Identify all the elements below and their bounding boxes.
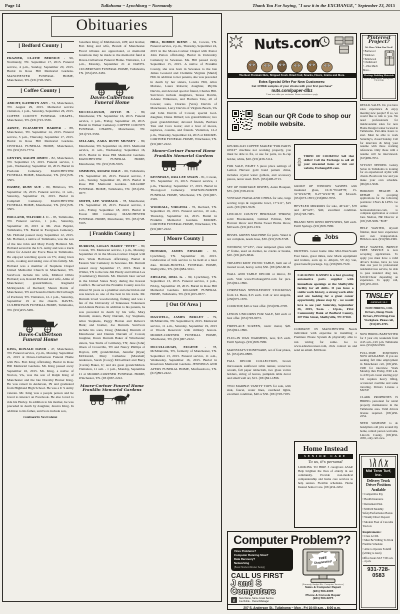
nuts-com-ad: Nuts.com <box>227 33 357 99</box>
list-item: Class A CDL <box>363 535 395 539</box>
grass-icon <box>368 458 390 467</box>
classified-item: KEURIG K45 COFFEE MAKER "FOR PARTS ONLY"… <box>227 144 291 161</box>
classified-item: COMPANY IN MANCHESTER Needs individual w… <box>294 327 357 352</box>
obituary-entry: MCCULLOUGH, JOYCE H. - 80, Manchester, T… <box>79 110 146 137</box>
masthead-cities: Tullahoma ~ Lynchburg ~ Normandy <box>101 3 173 8</box>
starburst-icon <box>229 35 243 49</box>
obituary-entry: ARNET, ELIZABETH HARPER - 88, Manchester… <box>7 126 74 153</box>
list-item: Health Insurance <box>363 498 395 502</box>
obituary-entry: ZIEGLER, OPAL G. - 99, Lynchburg, TN. Se… <box>150 275 217 297</box>
shipping-crates-icon <box>334 36 354 54</box>
jobs-label: Jobs <box>324 235 338 243</box>
home-instead-tagline: To us, it's personal <box>298 460 353 464</box>
nuts-offer-detail: Get 4 FREE samples of your choice with y… <box>228 84 356 88</box>
pinterest-ad-store: Heritage Building Materials <box>363 74 395 78</box>
classified-item: PLUG-IN WAX WARMERS, new, $15 each. Esti… <box>227 336 291 344</box>
home-instead-ad: Home Instead SENIOR CARE To us, it's per… <box>294 441 357 528</box>
obituary-entry: MCCULLOUGH, EUGENE - 78, McMinnville, TN… <box>150 345 217 376</box>
list-item: $500.00 Monthly Safety/Performance Bonus <box>363 508 395 516</box>
cook-cartoon-icon <box>297 147 302 177</box>
nuts-url: nuts.com/paper-dlbz <box>228 88 356 93</box>
classifieds-c-bottom: NOW HIRING BABYSITTER for 3 year old, we… <box>360 333 398 441</box>
mid-tenn-turf-requirements: Class A CDLMust Be Willing To Work Flexi… <box>363 535 395 556</box>
obituary-entry: HAMBY, RUBY SUE - 80, Hillsboro, TN. Sep… <box>7 185 74 212</box>
computer-ad-title: Computer Problem?? <box>228 534 356 546</box>
obituary-entry: KING, RONALD DAVID - 47, Manchester, TN.… <box>7 347 74 413</box>
computer-repair-ad: Computer Problem?? Virus Problems?Comput… <box>227 531 357 610</box>
facebook-icon: f <box>231 597 237 603</box>
tinsley-logo: TINSLEY <box>362 293 396 300</box>
classifieds-column-b: TIRED OF COOKING! Sell that skillet! Cal… <box>294 144 357 438</box>
tinsley-asphalt-ad: TINSLEY ASPHALT, LLC NOW HIRING, CDL Dri… <box>360 290 398 329</box>
masthead-slogan: Thank You For Saying, "I saw it in the E… <box>253 3 395 8</box>
classifieds-b-after: COMPANY IN MANCHESTER Needs individual w… <box>294 327 357 352</box>
county-section-header: [ Moore County ] <box>150 234 217 246</box>
briefcase-icon <box>312 235 321 242</box>
mid-tenn-turf-phone: 931-728-0583 <box>363 565 395 580</box>
list-item: Retirement Plan <box>363 503 395 507</box>
list-item: Able to Operate Forklift (willing to lea… <box>363 548 395 556</box>
classified-item: NOW HIRING BABYSITTER for 3 year old, we… <box>360 333 398 348</box>
computer-ad-service2: Phone & Console Repair(931) 563-0275 <box>293 594 353 602</box>
classified-item: CHRISTMAS NEEDLEPOINT STOCKINGS from LL … <box>227 288 291 301</box>
newspaper-page: Page 14 Tullahoma ~ Lynchburg ~ Normandy… <box>0 0 400 614</box>
masthead: Page 14 Tullahoma ~ Lynchburg ~ Normandy… <box>0 0 400 11</box>
list-item: Must Be Willing To Work Flexible Schedul… <box>363 539 395 547</box>
funeral-home-name: Franklin Memorial Gardens <box>150 154 217 158</box>
obituary-entry: SELLARS, ZADA RUTH MUNSEY - 80, Manchest… <box>79 139 146 166</box>
classifieds-b-jobs: DRIVERS. Great home time Mid-West/South … <box>294 249 357 266</box>
classified-item: HELP WANTED, drywall finisher, must have… <box>360 227 398 242</box>
classified-item: BISSEL GREEN MACHINE for parts. Wand is … <box>227 233 291 241</box>
obituary-entry: HILL, BOBBIE IRENE - 62, Cowan, TN. Fune… <box>150 40 217 146</box>
home-instead-senior-care-bar: SENIOR CARE <box>298 454 353 459</box>
classified-item: SET OF NORITAKE DISHES, Asian Bouquet, $… <box>227 185 291 193</box>
mid-tenn-turf-ad: Mid Tenn Turf, Inc. Delivery Truck Drive… <box>359 454 398 610</box>
classified-item: WINDOW, 57"x35", clear tempered glass wi… <box>227 245 291 258</box>
pinterest-project-ad: Pinterest Project? We Have What You Need… <box>360 33 398 101</box>
classified-item: VINTAGE HAVALAND CHINA for sale, large s… <box>227 196 291 209</box>
mid-tenn-turf-requirements-heading: Requirements: <box>363 530 395 534</box>
classified-item: LINCOLN COUNTY HERITAGE THROW, solid Bic… <box>227 212 291 229</box>
tinsley-body: NOW HIRING, CDL Drivers, Dump Truck Driv… <box>362 306 396 326</box>
funeral-home-logo-daves: Daves-CulbertsonFuneral Home <box>7 316 74 343</box>
list-item: Weekly Direct Deposit <box>363 516 395 520</box>
funeral-home-logo-moore: Moore-Cortner Funeral HomeFranklin Memor… <box>79 384 146 406</box>
obituaries-section: Obituaries [ Bedford County ]FRAZIER, CL… <box>2 13 222 602</box>
list-item: Competitive Pay <box>363 493 395 497</box>
horse-drawn-hearse-icon <box>87 392 137 405</box>
mid-tenn-turf-benefits: Competitive PayHealth InsuranceRetiremen… <box>363 493 395 528</box>
jobs-section-divider: Jobs <box>294 232 357 246</box>
nuts-tagline-bar: The Best Premium Nuts, Shipped Fresh. Dr… <box>228 73 356 78</box>
funeral-home-logo-daves: Daves-CulbertsonFuneral Home <box>79 79 146 106</box>
obituary-entry: MAXWELL, JAMES BURLET - 79, McMinnville,… <box>150 315 217 342</box>
tired-of-cooking-ad: TIRED OF COOKING! Sell that skillet! Cal… <box>294 144 357 180</box>
obituaries-column-3: HILL, BOBBIE IRENE - 62, Cowan, TN. Fune… <box>150 40 217 420</box>
classified-item: DRIVERS. Great home time Mid-West/South … <box>294 249 357 266</box>
county-section-header: [ Franklin County ] <box>79 229 146 241</box>
qr-caption: Scan our QR Code to shop our mobile webs… <box>258 113 352 128</box>
classified-item: CLARK PROPERTIES IS HIRING personnel for… <box>360 396 398 419</box>
page-number: Page 14 <box>5 3 20 8</box>
mid-tenn-turf-hours: Office hours M-F 7:00 a.m. - 4 p.m. <box>363 557 395 563</box>
classified-item: BRAND NEW REED DIFFUSERS, $20 each. Esti… <box>294 220 357 228</box>
funeral-home-name: Franklin Memorial Gardens <box>79 388 146 392</box>
computer-company-name: J and S Computers <box>231 580 293 596</box>
obituary-entry: ABICHT, KATHRYN ANN - 74, Manchester, TN… <box>7 101 74 123</box>
window-frames-icon <box>384 50 395 66</box>
computer-ad-address: 207 S. Anderson St., Tullahoma ~ Mon - F… <box>228 604 356 610</box>
classified-item: FIREPLACE SCREEN, rustic metal, $20. (93… <box>227 324 291 332</box>
classified-item: COOKTOP, $40 or best offer. (931)639-270… <box>227 304 291 308</box>
county-section-header: [ Coffee County ] <box>7 86 74 98</box>
county-section-header: [ Bedford County ] <box>7 41 74 53</box>
classified-item: TWO MARBLE VANITY TOPS for sale, with si… <box>227 384 291 397</box>
classified-item: NEED SOMEONE to do handyman odd jobs aro… <box>360 422 398 441</box>
classifieds-c-top: RETAIL SALES. Do you have sales experien… <box>360 104 398 287</box>
pinterest-ad-items: BarnwoodWindowsPalletwoodChalkboard...Pl… <box>363 50 384 73</box>
nut-characters-illustration <box>242 58 342 73</box>
nuts-ad-top: Nuts.com <box>228 34 356 58</box>
home-instead-logo: Home Instead <box>298 445 353 453</box>
computer-ad-sublines: New Name, Same Great ServiceJoe Roble - … <box>239 597 274 603</box>
pinterest-ad-subtitle: We Have What You Need! <box>363 46 395 49</box>
computer-ad-bullets: Virus Problems?Computer Running Slow?Dat… <box>234 550 290 566</box>
hearse-carriage-icon <box>91 79 133 96</box>
classified-item: GROUP OF WINDOW SASHES with insulated gl… <box>294 184 357 201</box>
calsonic-kansei-ad: CALSONIC KANSEI is a fast growing automo… <box>294 270 357 323</box>
classified-item: FALL DECOR COLLECTION, brown microsuede … <box>227 359 291 380</box>
qr-code-box: Scan our QR Code to shop our mobile webs… <box>227 101 357 140</box>
hearse-carriage-icon <box>19 316 61 333</box>
list-item: Modern Fleet of Cascadia Tractors <box>363 521 395 529</box>
obituaries-column-2: Jonathon King of Middletown, OH; and bro… <box>79 40 146 420</box>
obituary-entry: DURRUM, LOGAN HARDY "PETE" - 80, Cowan, … <box>79 244 146 381</box>
county-section-header: [ Out Of Area ] <box>150 300 217 312</box>
obituary-continuation: Jonathon King of Middletown, OH; and bro… <box>79 40 146 75</box>
obituary-entry: HOWARD, JAMES EDWARD - 65, Lynchburg, TN… <box>150 249 217 271</box>
classifieds-column-c: RETAIL SALES. Do you have sales experien… <box>360 104 398 452</box>
obituary-entry: WOODALL, VIRGINIA - 76, Dechard, TN. Sep… <box>150 205 217 232</box>
computer-ad-bullet-note: (Basic Modem/Router Setup) <box>234 566 290 569</box>
qr-code-icon <box>232 105 253 136</box>
funeral-home-name: Funeral Home <box>79 101 146 106</box>
classified-item: TREATED KIDS' PICNIC TABLE, built out of… <box>227 261 291 269</box>
obituary-entry: GENTRY, RALPH OBIEN - 82, Manchester, TN… <box>7 156 74 183</box>
classifieds-column-a: KEURIG K45 COFFEE MAKER "FOR PARTS ONLY"… <box>227 144 291 524</box>
funeral-home-name: Funeral Home <box>7 338 74 343</box>
nuts-com-logo: Nuts.com <box>254 35 325 53</box>
tired-ad-text: TIRED OF COOKING! Sell that skillet! Cal… <box>304 154 354 170</box>
mid-tenn-turf-name: Mid Tenn Turf, Inc. <box>363 468 395 478</box>
obituary-entry: SIMMONS, ROGER DALE - 66, Tullahoma, TN.… <box>79 169 146 196</box>
home-instead-body: LOOKING TO HIRE 3 caregivers ASAP. Help … <box>298 465 353 489</box>
horse-drawn-hearse-icon <box>159 158 209 171</box>
classified-item: HORIZON HEALTH & REHAB is accepting appl… <box>360 190 398 224</box>
classified-item: FULL-TIME POSITIONS NOW AVAILABLE. If yo… <box>360 352 398 393</box>
pinterest-ad-title: Pinterest Project? <box>363 37 395 46</box>
computer-ad-services-panel: Virus Problems?Computer Running Slow?Dat… <box>231 548 293 571</box>
classified-item: HELP WANTED, BREECE TREE SERVICE is now … <box>360 246 398 287</box>
continued-note: Continued In Next Column <box>7 416 74 420</box>
obituaries-columns: [ Bedford County ]FRAZIER, CLATIE BERNIC… <box>3 40 221 420</box>
funeral-home-logo-moore: Moore-Cortner Funeral HomeFranklin Memor… <box>150 149 217 171</box>
mid-tenn-turf-heading: Delivery Truck Driver Positions Availabl… <box>363 479 395 492</box>
obituary-entry: KENNERLY, ORA LEE SWAIN - 81, Cowan, TN.… <box>150 175 217 202</box>
tinsley-asphalt-bar: ASPHALT, LLC <box>367 300 391 304</box>
classified-item: WALL AND TABLE DECOR or mirror, $5 each.… <box>227 272 291 285</box>
obituary-entry: SMITH, LEE WOMACK - 78, Manchester, TN. … <box>79 199 146 226</box>
classified-item: BEVELED MIRRORS for sale, 46"x41", $70 a… <box>294 204 357 217</box>
nuts-disclaimer: *Limit one offer per customer. Some rest… <box>228 94 356 96</box>
classified-item: FOR SALE, EIGHT 5 piece place settings o… <box>227 164 291 181</box>
classified-item: STYLIST NEEDED. Galaxy Salon in Tullahom… <box>360 164 398 187</box>
pinterest-ad-address: 221 N. Main Street, Shelbyville, TN 3716… <box>363 78 395 82</box>
classified-item: LENOX UNICORNS FOR SALE, $20 each or bes… <box>227 312 291 320</box>
classified-item: MAINSTAYS STONEWARE, set of four plates,… <box>227 348 291 356</box>
obituary-entry: FRAZIER, CLATIE BERNICE - 96, Normandy, … <box>7 56 74 83</box>
clock-icon <box>319 36 330 47</box>
obituaries-title: Obituaries <box>51 16 173 37</box>
obituary-entry: HOLLAND, TILFORD J. C. - 95, Tullahoma, … <box>7 215 74 312</box>
classified-item: RETAIL SALES. Do you have sales experien… <box>360 104 398 160</box>
obituaries-column-1: [ Bedford County ]FRAZIER, CLATIE BERNIC… <box>7 40 74 420</box>
classifieds-b-top: GROUP OF WINDOW SASHES with insulated gl… <box>294 184 357 229</box>
list-item: ...Plus Much More... <box>363 65 384 73</box>
